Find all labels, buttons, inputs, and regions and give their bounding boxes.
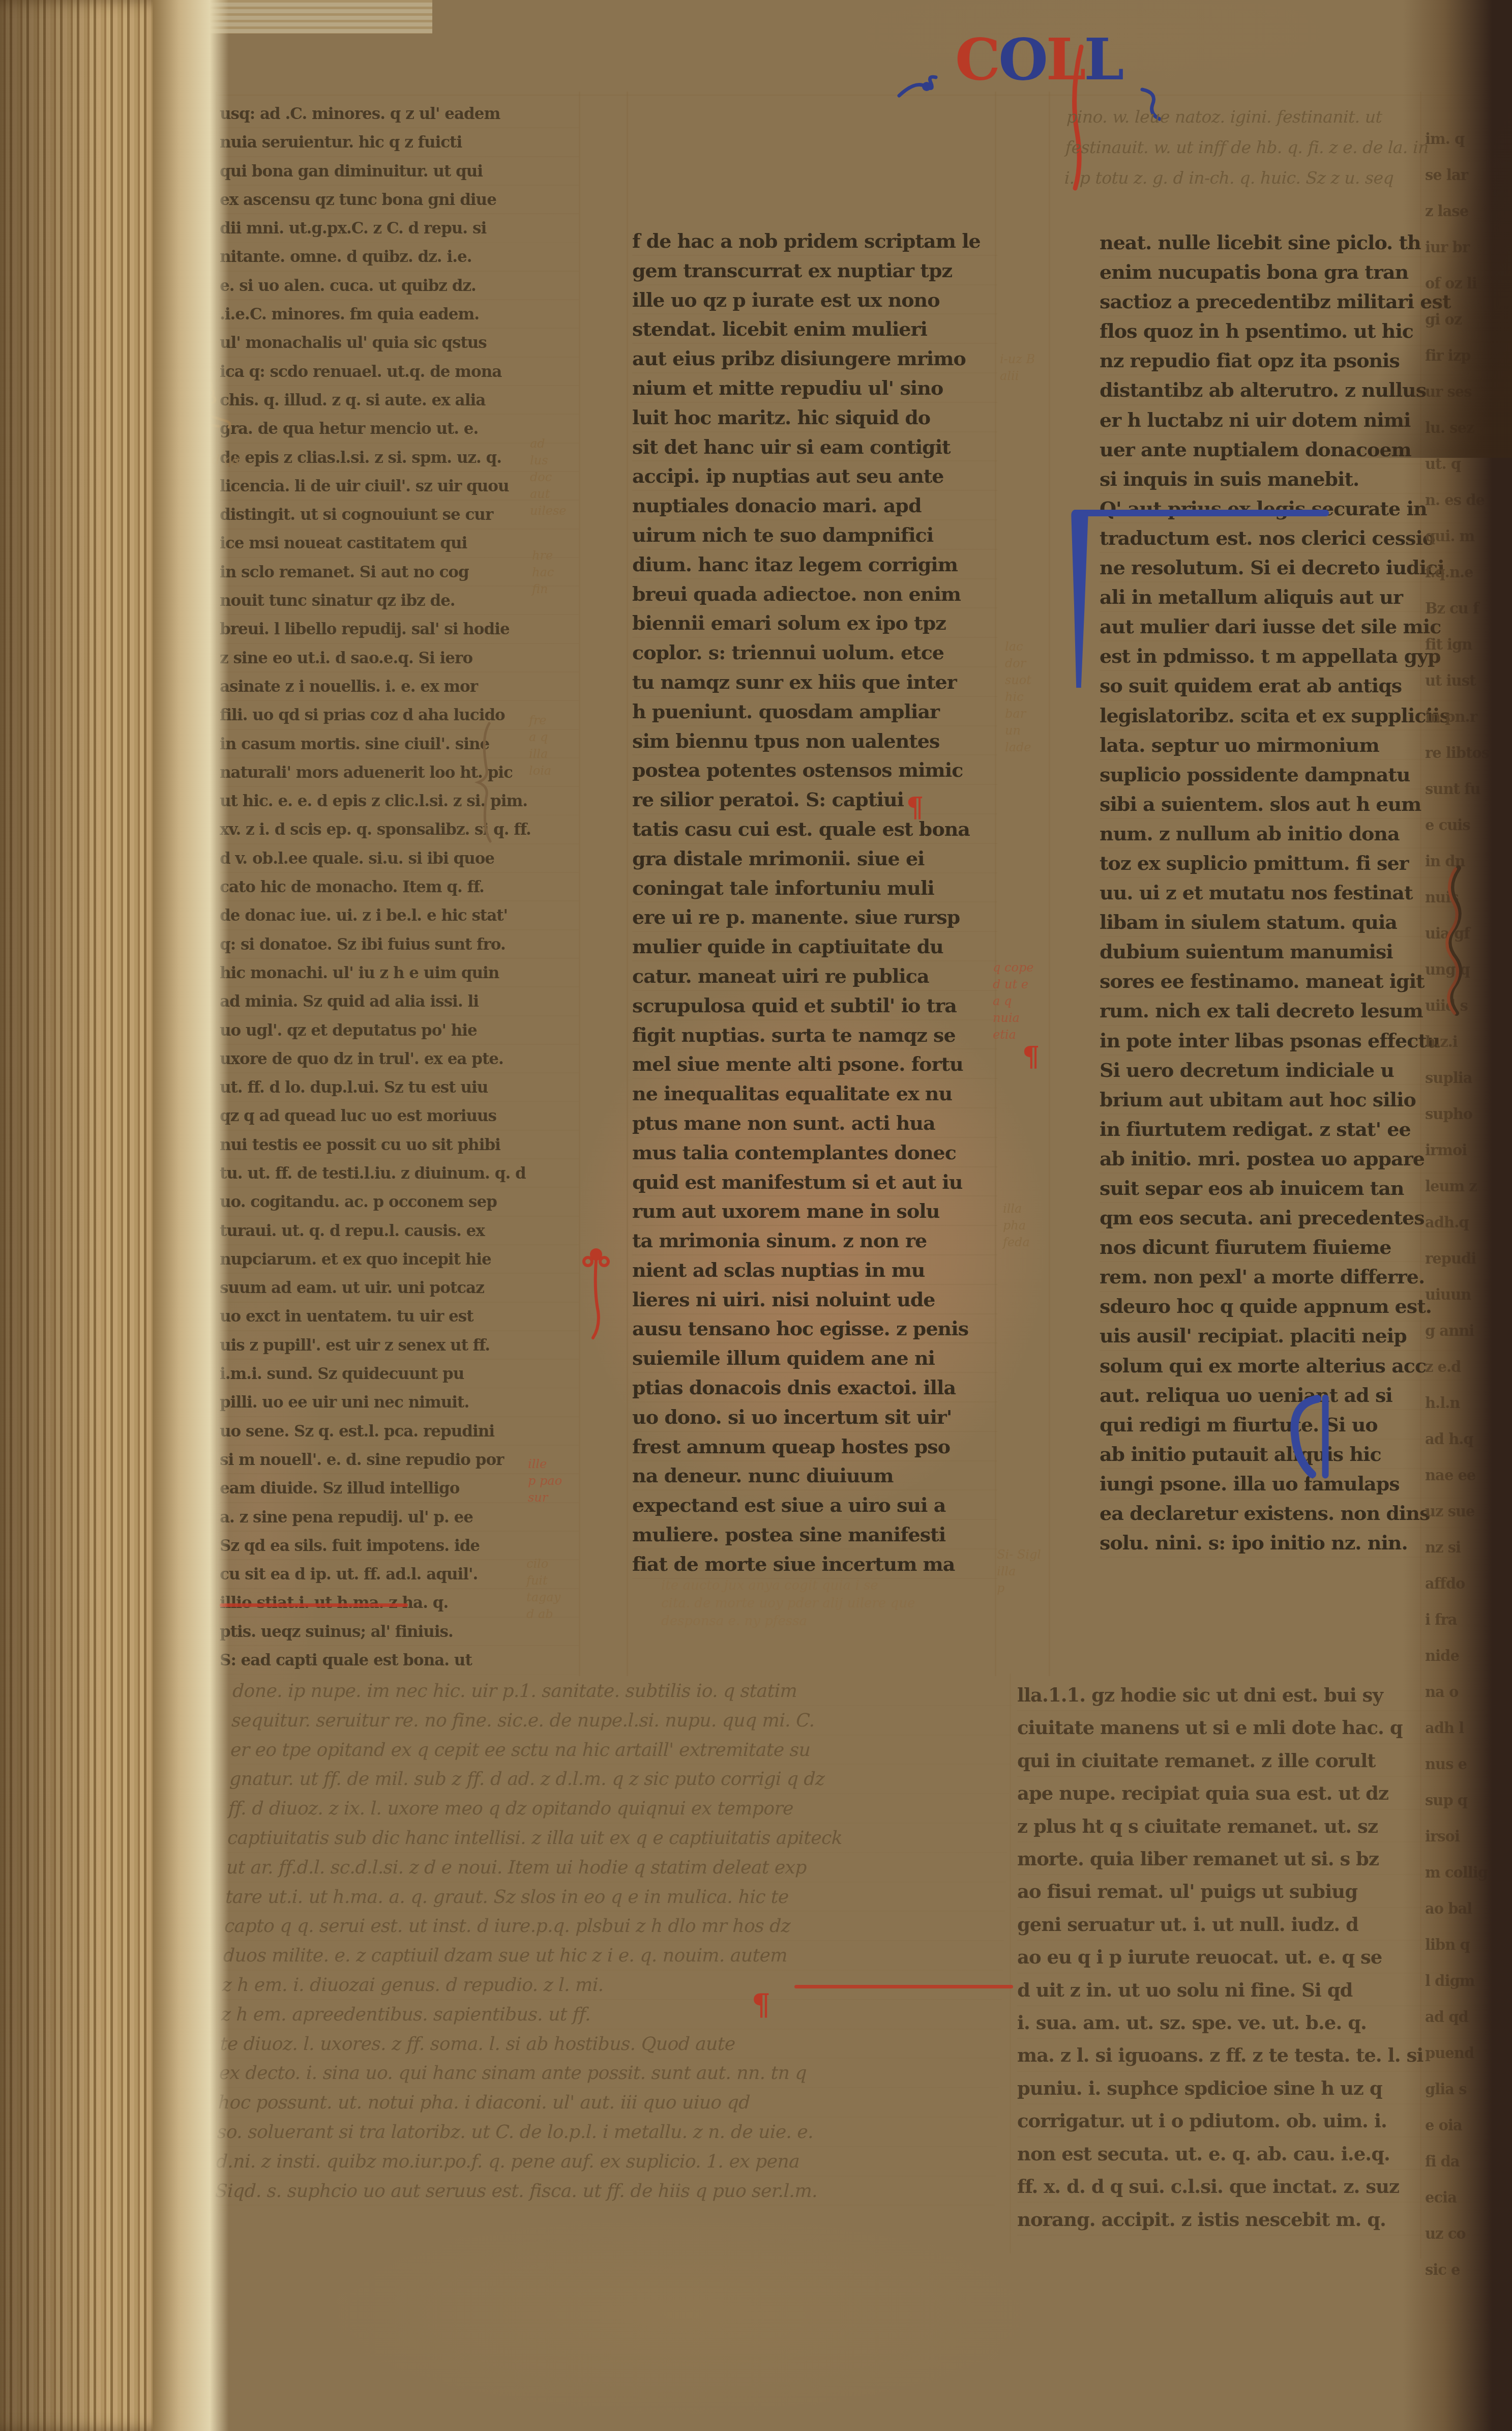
gutter-note: q cope d ut e a q nuia etia: [993, 959, 1033, 1043]
running-title-letter: O: [998, 26, 1046, 93]
blue-paraph-icon: [1282, 1394, 1348, 1485]
manuscript-photograph: COLL pino. w. leue natoz. igini. festina…: [0, 0, 1512, 2431]
ruling-line-vertical: [627, 92, 628, 1676]
red-trefoil-icon: [581, 1245, 616, 1342]
red-paraph-icon: ¶: [752, 1990, 770, 2019]
red-stroke: [220, 1603, 408, 1607]
main-text-column-center: f de hac a nob pridem scriptam le gem tr…: [632, 226, 997, 1579]
gutter-note: fre a q illa loia: [529, 712, 551, 779]
running-title-letter: C: [955, 26, 998, 93]
gutter-note: lac dor suot hic bar un lade: [1005, 638, 1031, 756]
red-paraph-icon: ¶: [1022, 1043, 1040, 1070]
bottom-addition-left-block: done. ip nupe. im nec hic. uir p.1. sani…: [215, 1677, 1013, 2206]
ruling-line-vertical: [1049, 92, 1050, 1676]
blue-paraph-bar: [1072, 510, 1329, 516]
ruling-line-vertical: [579, 92, 580, 1676]
book-page-edges: [0, 0, 170, 2431]
gloss-column-left: usq: ad .C. minores. q z ul' eadem nuia …: [220, 100, 579, 1675]
gutter-note: ad lus doc aut uilese: [530, 435, 567, 519]
gutter-note: illa pha feda: [1003, 1200, 1030, 1251]
red-paraph-icon: ¶: [906, 794, 924, 821]
blue-flourish-icon: [895, 60, 956, 111]
gutter-note: i-uz B alii: [1000, 351, 1035, 385]
gutter-note: cilo fuit tagay d ab: [526, 1556, 560, 1623]
margin-brace-icon: [471, 721, 496, 843]
gutter-note: hre hac fin: [532, 547, 554, 598]
ruling-line-top: [216, 95, 1493, 96]
gutter-note: ille p pao sur: [528, 1456, 562, 1506]
interlinear-cursive-note: ite aucto jux anya cogit quia i se cita.…: [661, 1577, 915, 1630]
gutter-note: Si- Sigl illa p: [997, 1546, 1041, 1597]
page-left-curve: [153, 0, 229, 2431]
gutter-shadow-corner: [1344, 0, 1512, 458]
red-stroke: [794, 1985, 1013, 1988]
